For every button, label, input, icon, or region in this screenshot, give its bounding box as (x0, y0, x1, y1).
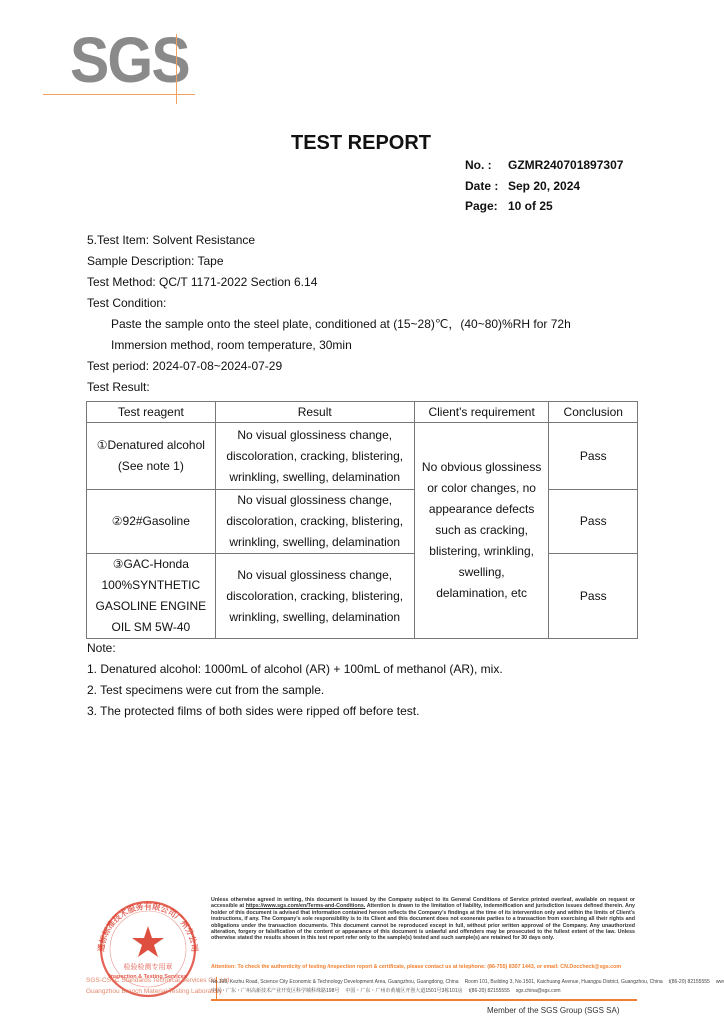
legal-disclaimer: Unless otherwise agreed in writing, this… (211, 897, 635, 942)
report-meta: No. : GZMR240701897307 Date : Sep 20, 20… (465, 155, 623, 217)
authenticity-attention: Attention: To check the authenticity of … (211, 964, 635, 970)
cell-conclusion: Pass (549, 554, 638, 639)
cell-test-reagent: ①Denatured alcohol(See note 1) (87, 423, 216, 490)
cell-conclusion: Pass (549, 490, 638, 554)
note-item: 1. Denatured alcohol: 1000mL of alcohol … (87, 659, 503, 680)
meta-date: Date : Sep 20, 2024 (465, 176, 623, 197)
page-number: 10 of 25 (508, 196, 553, 217)
header-client-requirement: Client's requirement (414, 402, 549, 423)
header-conclusion: Conclusion (549, 402, 638, 423)
table-row: ①Denatured alcohol(See note 1)No visual … (87, 423, 638, 490)
svg-text:检验检测专用章: 检验检测专用章 (124, 962, 173, 971)
notes: Note: 1. Denatured alcohol: 1000mL of al… (87, 638, 503, 722)
stamp-company-text: SGS-CSTC Standards Technical Services Co… (86, 975, 231, 997)
terms-link[interactable]: https://www.sgs.com/en/Terms-and-Conditi… (246, 903, 365, 909)
test-details: 5.Test Item: Solvent Resistance Sample D… (87, 230, 571, 398)
note-item: 3. The protected films of both sides wer… (87, 701, 503, 722)
test-item: 5.Test Item: Solvent Resistance (87, 230, 571, 251)
cell-result: No visual glossiness change,discoloratio… (215, 554, 414, 639)
test-result-label: Test Result: (87, 377, 571, 398)
report-title: TEST REPORT (0, 132, 724, 155)
star-icon (132, 926, 164, 957)
address-cn-1: 中国・广东・广州高新技术产业开发区科学城科珠路198号 (211, 987, 339, 996)
meta-page: Page: 10 of 25 (465, 196, 623, 217)
address-en-1: No.198, Kezhu Road, Science City Economi… (211, 978, 459, 987)
header-test-reagent: Test reagent (87, 402, 216, 423)
web-link[interactable]: www.sgsgroup.com.cn (716, 978, 724, 987)
sample-description: Sample Description: Tape (87, 251, 571, 272)
phone-2: t(86-20) 82155555 (469, 987, 510, 996)
test-condition-2: Immersion method, room temperature, 30mi… (87, 335, 571, 356)
footer-rule (211, 999, 637, 1001)
email-link[interactable]: sgs.china@sgs.com (516, 987, 561, 996)
sgs-logo: SGS (70, 28, 189, 92)
test-method: Test Method: QC/T 1171-2022 Section 6.14 (87, 272, 571, 293)
logo-horizontal-rule (43, 94, 195, 95)
meta-report-number: No. : GZMR240701897307 (465, 155, 623, 176)
notes-label: Note: (87, 638, 503, 659)
logo-vertical-rule (176, 34, 177, 104)
test-condition-label: Test Condition: (87, 293, 571, 314)
table-row: ②92#GasolineNo visual glossiness change,… (87, 490, 638, 554)
phone-1: t(86-20) 82155555 (669, 978, 710, 987)
table-header-row: Test reagent Result Client's requirement… (87, 402, 638, 423)
note-item: 2. Test specimens were cut from the samp… (87, 680, 503, 701)
cell-test-reagent: ②92#Gasoline (87, 490, 216, 554)
report-date: Sep 20, 2024 (508, 176, 580, 197)
address-cn-2: 中国・广东・广州市黄埔区开创大道1501号3栋101房 (345, 987, 462, 996)
table-row: ③GAC-Honda100%SYNTHETICGASOLINE ENGINEOI… (87, 554, 638, 639)
cell-result: No visual glossiness change,discoloratio… (215, 490, 414, 554)
test-period: Test period: 2024-07-08~2024-07-29 (87, 356, 571, 377)
report-number: GZMR240701897307 (508, 155, 623, 176)
member-note: Member of the SGS Group (SGS SA) (487, 1006, 620, 1015)
address-block: No.198, Kezhu Road, Science City Economi… (211, 978, 641, 996)
results-table: Test reagent Result Client's requirement… (86, 401, 638, 639)
cell-test-reagent: ③GAC-Honda100%SYNTHETICGASOLINE ENGINEOI… (87, 554, 216, 639)
cell-client-requirement: No obvious glossinessor color changes, n… (414, 423, 549, 639)
address-en-2: Room 101, Building 3, No.1501, Kaichuang… (465, 978, 663, 987)
header-result: Result (215, 402, 414, 423)
cell-result: No visual glossiness change,discoloratio… (215, 423, 414, 490)
cell-conclusion: Pass (549, 423, 638, 490)
test-condition-1: Paste the sample onto the steel plate, c… (87, 314, 571, 335)
